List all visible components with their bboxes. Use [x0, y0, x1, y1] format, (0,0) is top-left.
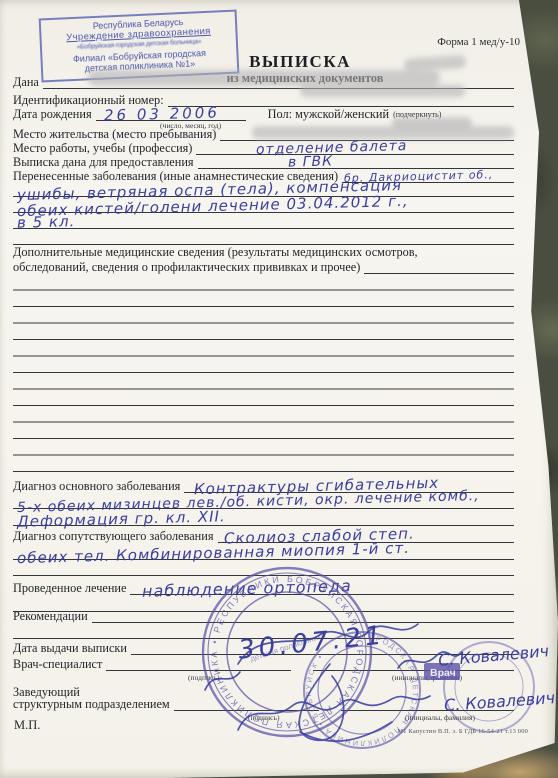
ruled-line: Деформация гр. кл. XII.	[13, 511, 514, 526]
ruled-line	[13, 561, 514, 576]
form-number: Форма 1 мед/у-10	[437, 36, 520, 48]
issue-date-label: Дата выдачи выписки	[13, 642, 127, 655]
initials-hint: (инициалы, фамилия)	[405, 713, 475, 722]
signature-line	[174, 696, 319, 711]
past-diseases-line3: обеих кистей/голени лечение 03.04.2012 г…	[13, 198, 514, 213]
ruled-line: обеих кистей/голени лечение 03.04.2012 г…	[13, 198, 514, 213]
ruled-line: в ГВК	[198, 154, 514, 169]
field-issued-for: Выписка дана для предоставления в ГВК	[13, 154, 514, 169]
blank-row	[13, 230, 514, 245]
birth-date-label: Дата рождения	[13, 108, 92, 121]
main-diagnosis-line3: Деформация гр. кл. XII.	[13, 511, 514, 526]
ruled-line	[13, 230, 514, 245]
blank-ruled-lines	[13, 274, 514, 473]
ruled-line: отделение балета	[196, 140, 514, 155]
additional-info-label-2: обследований, сведения о профилактически…	[13, 259, 514, 274]
field-secondary-diagnosis: Диагноз сопутствующего заболевания Сколи…	[13, 528, 514, 543]
blank-row	[13, 561, 514, 576]
additional-label: обследований, сведения о профилактически…	[13, 261, 360, 274]
ruled-line: наблюдение ортопеда	[130, 580, 514, 595]
recommendations-label: Рекомендации	[13, 610, 88, 623]
photo-of-medical-extract-form: { "header": { "form_number": "Форма 1 ме…	[0, 0, 558, 778]
past-diseases-handwriting: в 5 кл.	[17, 215, 76, 230]
ruled-line: 5-х обеих мизинцев лев./об. кисти, окр. …	[13, 494, 514, 509]
past-diseases-line4: в 5 кл.	[13, 214, 514, 229]
given-to-label: Дана	[13, 76, 39, 89]
initials-hint: (инициалы, фамилия)	[392, 673, 462, 682]
field-recommendations: Рекомендации	[13, 608, 514, 623]
field-treatment: Проведенное лечение наблюдение ортопеда	[13, 580, 514, 595]
treatment-label: Проведенное лечение	[13, 582, 126, 595]
head-label: структурным подразделением	[13, 698, 170, 711]
redacted-name	[88, 70, 440, 86]
main-diagnosis-handwriting: Деформация гр. кл. XII.	[17, 510, 226, 528]
field-head: структурным подразделением	[13, 696, 514, 711]
print-info: М1 Капустин В.П. з. Б ГДБ 16-54-21 т.13 …	[397, 728, 528, 735]
sex-label: Пол: мужской/женский	[268, 108, 389, 121]
treatment-handwriting: наблюдение ортопеда	[142, 579, 352, 597]
main-diagnosis-label: Диагноз основного заболевания	[13, 480, 180, 493]
signature-hint: (подпись)	[248, 713, 280, 722]
ruled-line: обеих тел. Комбинированная миопия 1-й ст…	[13, 545, 514, 560]
field-work: Место работы, учебы (профессия) отделени…	[13, 140, 514, 155]
additional-info-label-1: Дополнительные медицинские сведения (рез…	[13, 244, 514, 259]
additional-label: Дополнительные медицинские сведения (рез…	[13, 246, 418, 259]
ruled-line: 26 03 2006	[96, 106, 246, 121]
signature-hint: (подпись)	[188, 673, 220, 682]
main-diagnosis-line2: 5-х обеих мизинцев лев./об. кисти, окр. …	[13, 494, 514, 509]
redacted-residence	[252, 126, 514, 139]
ruled-line	[92, 608, 514, 623]
stamp-place-label: М.П.	[14, 718, 40, 733]
doctor-label: Врач-специалист	[13, 658, 102, 671]
ruled-line	[364, 259, 514, 274]
secondary-diagnosis-line2: обеих тел. Комбинированная миопия 1-й ст…	[13, 545, 514, 560]
redacted-id-number	[300, 85, 465, 97]
secondary-diagnosis-label: Диагноз сопутствующего заболевания	[13, 530, 214, 543]
ruled-line: в 5 кл.	[13, 214, 514, 229]
